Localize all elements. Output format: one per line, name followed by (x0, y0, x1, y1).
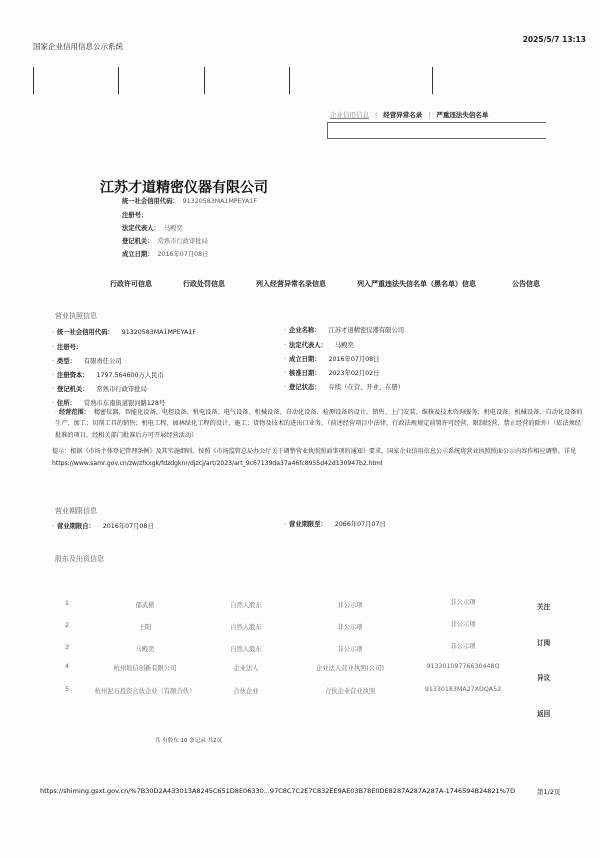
cell-cert-no: 非公示项 (450, 619, 475, 628)
subscribe-button[interactable]: 订阅 (537, 637, 550, 647)
summary-authority: 登记机关：常熟市行政审批局 (122, 236, 208, 245)
cell-no: 3 (65, 644, 69, 651)
divider (204, 67, 205, 94)
separator: | (375, 111, 377, 119)
divider (432, 67, 433, 94)
follow-button[interactable]: 关注 (537, 601, 550, 611)
cell-cert-type: 非公示项 (337, 622, 362, 631)
license-authority: ·登记机关：常熟市行政审批局 (52, 384, 147, 393)
separator: | (428, 111, 430, 119)
page-url: https://shiming.gsxt.gov.cn/%7B30D2A4330… (40, 787, 515, 795)
cell-type: 自然人股东 (230, 600, 261, 609)
license-tip: 提示：根据《市场主体登记管理条例》及其实施细则，按照《市场监管总局办公厅关于调整… (52, 446, 592, 470)
back-button[interactable]: 返回 (537, 708, 550, 718)
license-business-scope: · 经营范围： 精密仪器、智能化设备、电控设备、机电设备、电气设备、机械设备、自… (55, 407, 585, 441)
tab-credit-info[interactable]: 企业信用信息 (330, 111, 369, 119)
cell-no: 1 (65, 600, 69, 607)
cell-name: 杭州泥石投资合伙企业（有限合伙） (95, 686, 196, 695)
summary-legal-rep: 法定代表人：马殿奕 (122, 223, 183, 232)
license-type: ·类型：有限责任公司 (52, 356, 122, 365)
search-input[interactable] (327, 122, 546, 139)
cell-cert-no: 91330109776630448Q (426, 663, 499, 670)
tab-admin-license[interactable]: 行政许可信息 (110, 279, 152, 289)
tab-abnormal-operation[interactable]: 列入经营异常名录信息 (256, 279, 326, 289)
tab-serious-violation[interactable]: 列入严重违法失信名单（黑名单）信息 (357, 279, 476, 289)
cell-name: 马殿奕 (136, 644, 155, 653)
divider (118, 67, 119, 94)
cell-cert-no: 非公示项 (450, 641, 475, 650)
cell-cert-type: 非公示项 (337, 644, 362, 653)
tab-abnormal-list[interactable]: 经营异常名录 (383, 111, 422, 119)
section-title-shareholders: 股东及出资信息 (55, 554, 104, 564)
license-est-date: ·成立日期：2016年07月08日 (284, 354, 379, 363)
summary-est-date: 成立日期：2016年07月08日 (122, 249, 208, 258)
cell-name: 杭州垣信创新有限公司 (114, 663, 177, 672)
section-title-license: 营业执照信息 (55, 311, 97, 321)
cell-cert-type: 合伙企业营业执照 (325, 686, 375, 695)
summary-credit-code: 统一社会信用代码：91320583MA1MPEYA1F (122, 196, 257, 205)
cell-type: 企业法人 (233, 663, 258, 672)
license-company-name: ·企业名称：江苏才道精密仪器有限公司 (284, 325, 404, 334)
license-approval-date: ·核准日期：2023年02月02日 (284, 368, 379, 377)
tab-admin-penalty[interactable]: 行政处罚信息 (183, 279, 225, 289)
cell-cert-no: 91330183MA27XDQA52 (425, 686, 501, 693)
cell-name: 王阳 (139, 622, 152, 631)
system-name: 国家企业信用信息公示系统 (33, 41, 123, 52)
print-datetime: 2025/5/7 13:13 (523, 35, 586, 44)
summary-reg-no: 注册号： (122, 210, 151, 219)
license-credit-code: ·统一社会信用代码：91320583MA1MPEYA1F (52, 327, 196, 336)
cell-no: 5 (65, 686, 69, 693)
license-reg-no: ·注册号： (52, 342, 90, 351)
term-from: ·营业期限自：2016年07月08日 (52, 521, 154, 530)
cell-type: 自然人股东 (230, 622, 261, 631)
company-name: 江苏才道精密仪器有限公司 (100, 177, 268, 197)
license-address: ·住所：常熟市东南街道银河路128号 (52, 398, 165, 407)
cell-type: 合伙企业 (233, 686, 258, 695)
top-tabs: 企业信用信息|经营异常名录|严重违法失信名单 (330, 110, 488, 119)
objection-button[interactable]: 异议 (537, 672, 550, 682)
license-legal-rep: ·法定代表人：马殿奕 (284, 340, 354, 349)
license-status: ·登记状态：存续（在营、开业、在册） (284, 382, 404, 391)
tab-blacklist[interactable]: 严重违法失信名单 (436, 111, 488, 119)
cell-type: 自然人股东 (230, 644, 261, 653)
cell-cert-no: 非公示项 (450, 597, 475, 606)
divider (289, 67, 290, 94)
section-title-term: 营业期限信息 (55, 506, 97, 516)
tab-announcement[interactable]: 公告信息 (512, 279, 540, 289)
pagination-summary: 共 有股东 10 条记录 共2页 (155, 736, 222, 744)
term-to: ·营业期限至：2066年07月07日 (284, 519, 386, 528)
cell-cert-type: 非公示项 (337, 600, 362, 609)
cell-name: 郁武楷 (136, 600, 155, 609)
cell-no: 4 (65, 663, 69, 670)
cell-no: 2 (65, 622, 69, 629)
divider (33, 67, 34, 94)
page-number: 第1/2页 (537, 787, 560, 796)
cell-cert-type: 企业法人营业执照(公司) (316, 663, 384, 672)
license-capital: ·注册资本：1797.564600万人民币 (52, 370, 164, 379)
